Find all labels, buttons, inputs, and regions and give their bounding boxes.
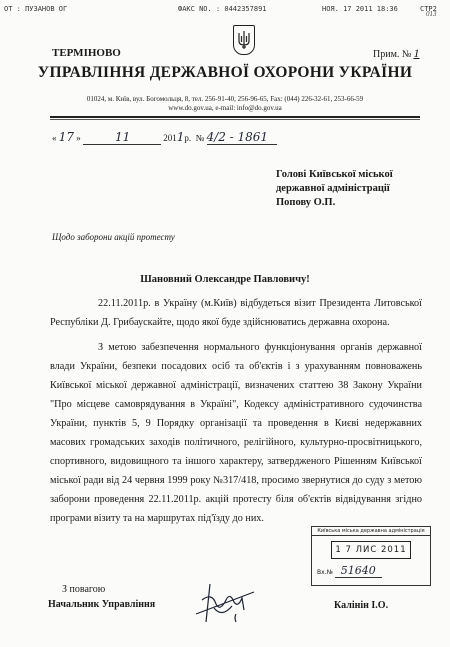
body-paragraph: 22.11.2011р. в Україну (м.Київ) відбудет…	[50, 294, 422, 332]
handwritten-mark: 013	[426, 10, 437, 18]
letterhead-divider-thin	[50, 119, 420, 120]
stamp-date: 1 7 ЛИС 2011	[331, 541, 411, 559]
fax-sender: ОТ : ПУЗАНОВ ОГ	[4, 5, 67, 13]
registration-stamp: Київська міська державна адміністрація 1…	[311, 526, 431, 586]
salutation: Шановний Олександре Павловичу!	[0, 274, 450, 285]
organization-title: УПРАВЛІННЯ ДЕРЖАВНОЇ ОХОРОНИ УКРАЇНИ	[0, 64, 450, 82]
ref-month: 11	[115, 130, 130, 144]
fax-number: ФАКС NO. : 0442357891	[178, 5, 267, 13]
addressee-block: Голові Київської міської державної адмін…	[276, 168, 393, 210]
fax-datetime: НОЯ. 17 2011 18:36	[322, 5, 398, 13]
ref-number: 4/2 - 1861	[207, 130, 269, 144]
fax-transmission-header: ОТ : ПУЗАНОВ ОГ ФАКС NO. : 0442357891 НО…	[0, 4, 450, 18]
organization-address: 01024, м. Київ, вул. Богомольця, 8, тел.…	[0, 95, 450, 113]
subject-line: Щодо заборони акцій протесту	[52, 232, 175, 242]
stamp-incoming-number: Вх.№ 51640	[317, 564, 430, 577]
signer-name: Калінін І.О.	[334, 600, 388, 611]
letterhead-divider	[50, 116, 420, 118]
urgency-label: ТЕРМІНОВО	[52, 47, 121, 59]
letter-body: 22.11.2011р. в Україну (м.Київ) відбудет…	[50, 294, 422, 534]
stamp-organization: Київська міська державна адміністрація	[312, 527, 430, 536]
closing-phrase: З повагою	[62, 584, 105, 595]
reference-line: « 17 » 11 2011р. № 4/2 - 1861	[52, 130, 372, 146]
signer-position: Начальник Управління	[48, 599, 155, 610]
signature-icon	[192, 578, 262, 633]
copy-number: Прим. №1	[373, 46, 419, 61]
ref-day: 17	[59, 130, 74, 144]
trident-emblem-icon	[233, 25, 255, 55]
body-paragraph: З метою забезпечення нормального функціо…	[50, 338, 422, 528]
